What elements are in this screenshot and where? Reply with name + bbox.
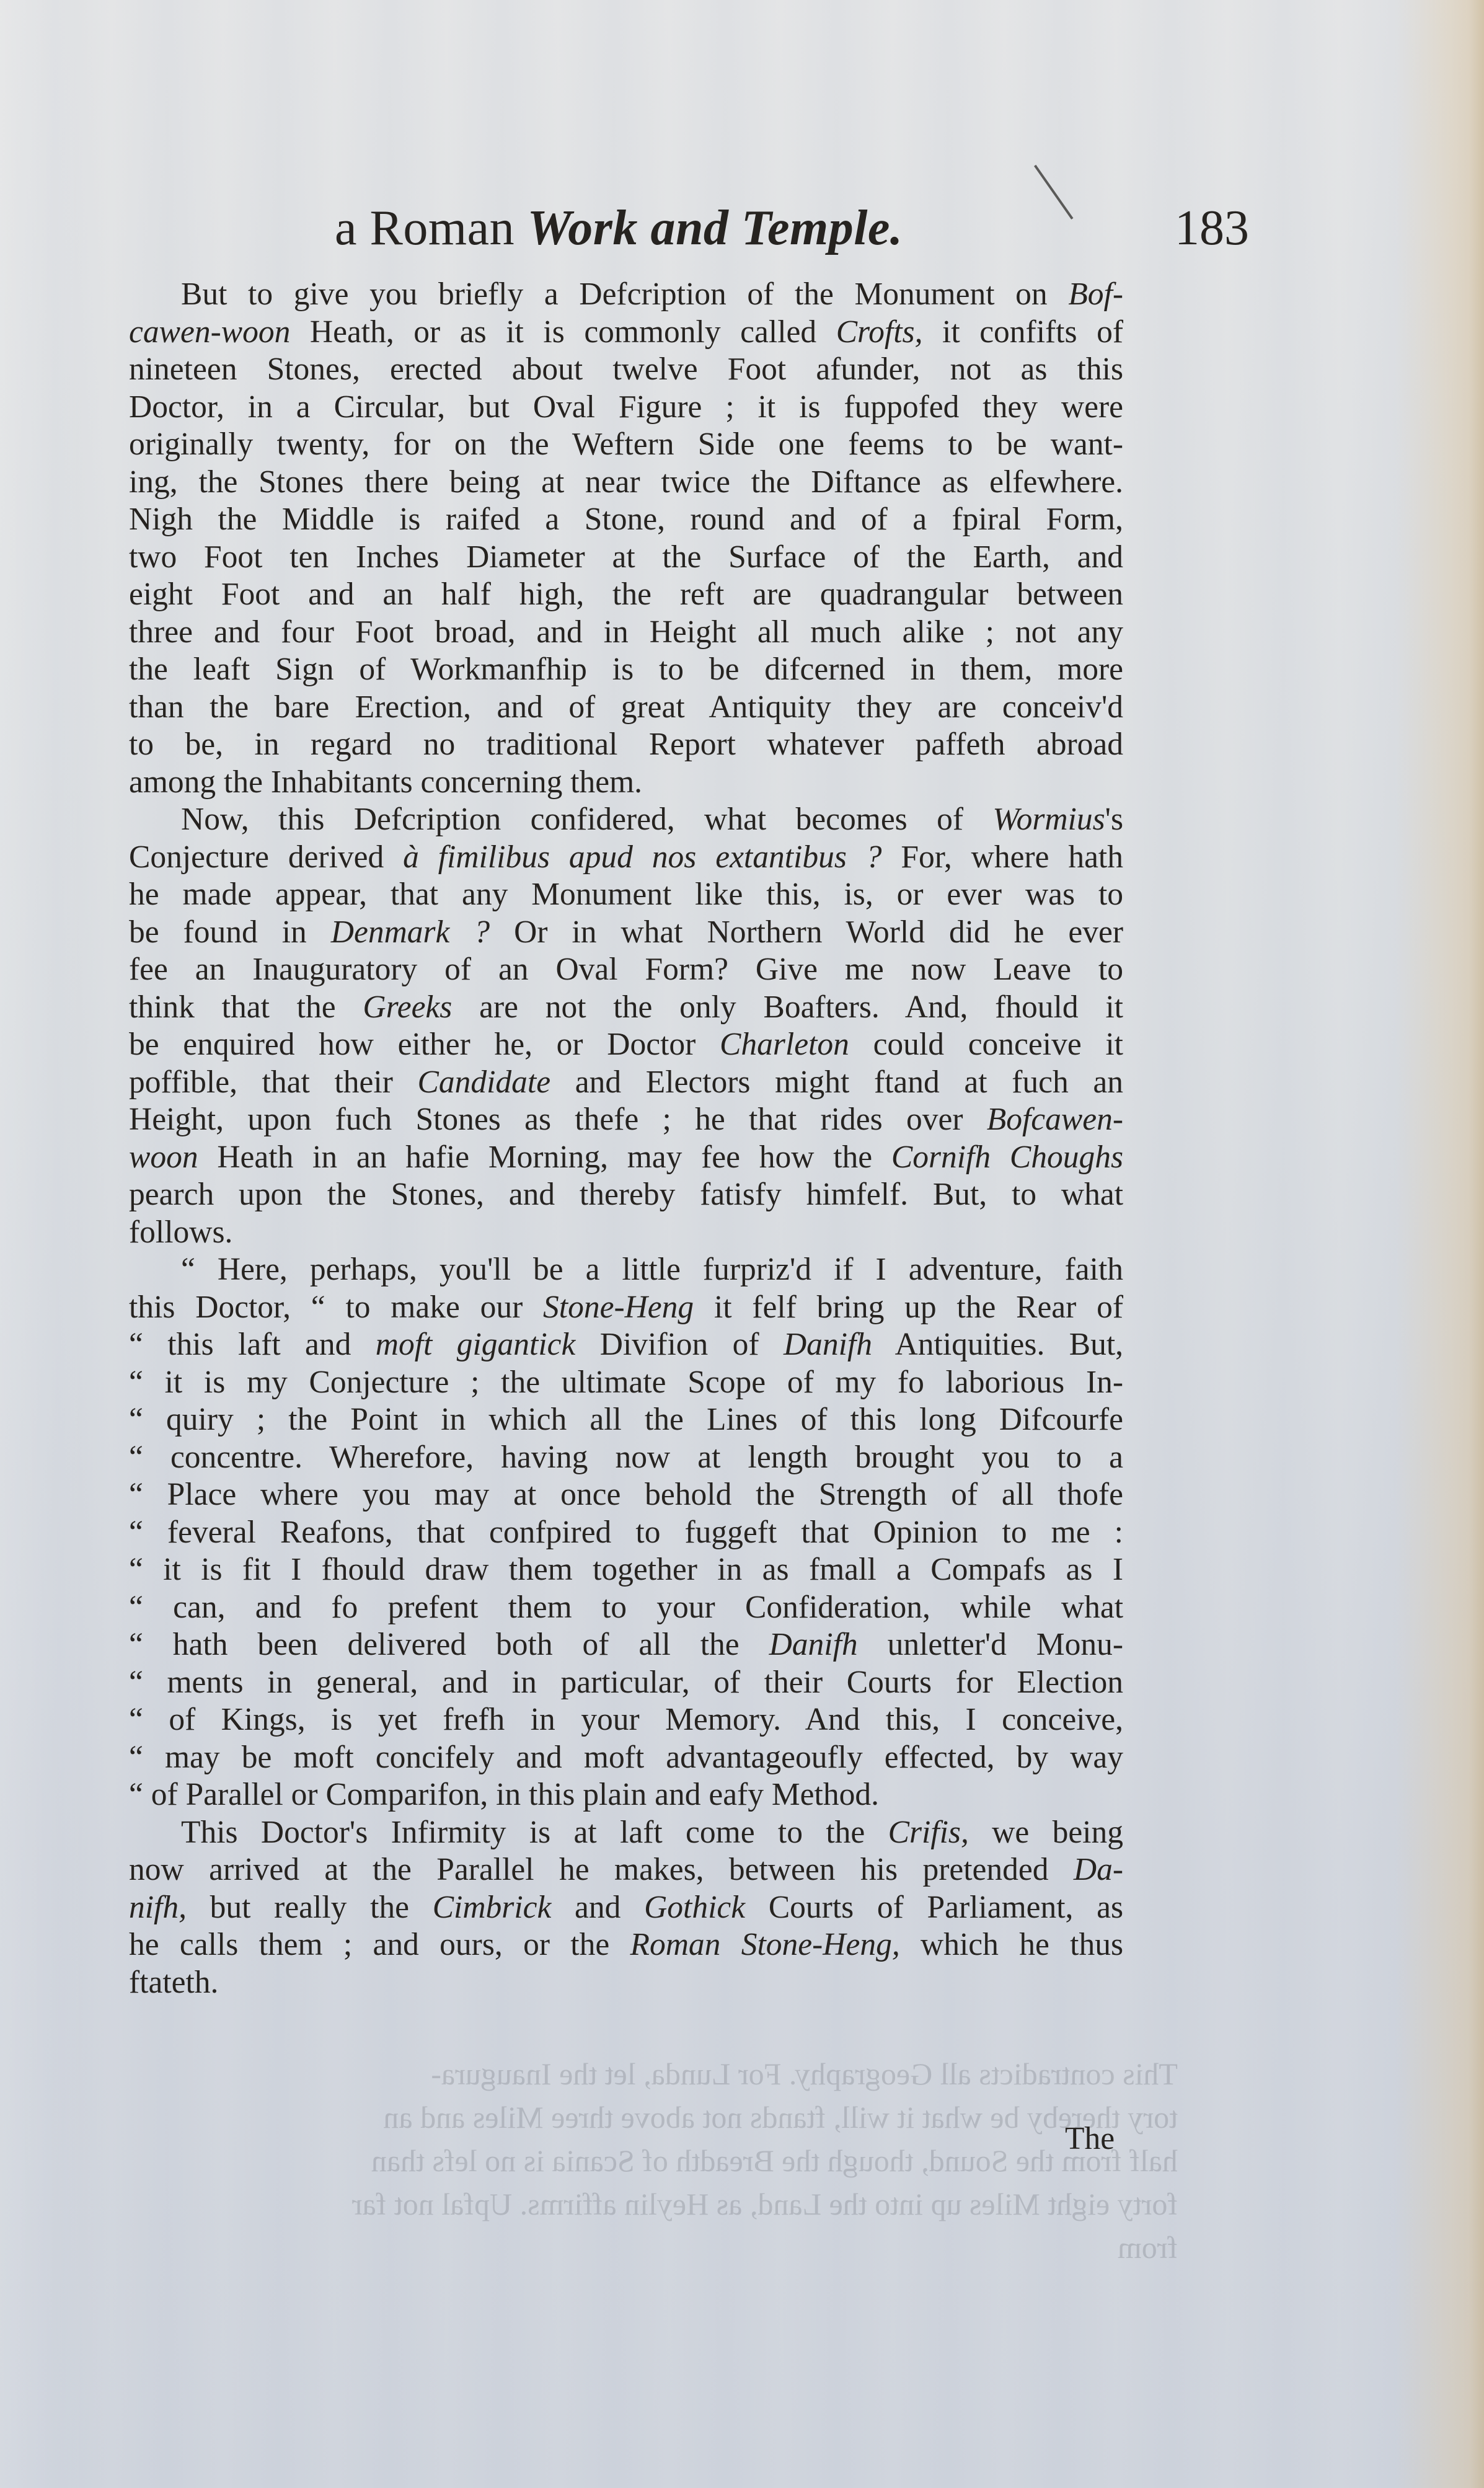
text-line: three and four Foot broad, and in Height…: [129, 614, 1123, 652]
roman-text: he calls them ; and ours, or the: [129, 1927, 630, 1962]
roman-text: which he thus: [900, 1927, 1123, 1962]
roman-text: “ of Kings, is yet frefh in your Memory.…: [129, 1702, 1123, 1737]
roman-text: and Electors might ftand at fuch an: [550, 1065, 1123, 1100]
roman-text: Heath, or as it is commonly called: [290, 314, 836, 350]
running-head-roman: a Roman: [335, 201, 528, 255]
italic-text: Wormius: [992, 802, 1105, 837]
italic-text: Danifh: [784, 1327, 872, 1362]
italic-text: nifh,: [129, 1890, 187, 1925]
italic-text: moft gigantick: [376, 1327, 576, 1362]
text-line: than the bare Erection, and of great Ant…: [129, 689, 1123, 727]
roman-text: and: [551, 1890, 644, 1925]
paper-scratch-mark: [1034, 165, 1074, 219]
text-line: poffible, that their Candidate and Elect…: [129, 1064, 1123, 1102]
roman-text: but really the: [187, 1890, 433, 1925]
roman-text: it confifts of: [922, 314, 1123, 350]
text-line: “ may be moft concifely and moft advanta…: [129, 1739, 1123, 1777]
italic-text: Crifis,: [888, 1815, 969, 1850]
roman-text: “ Place where you may at once behold the…: [129, 1477, 1123, 1512]
book-page: a Roman Work and Temple. 183 This contra…: [0, 0, 1484, 2488]
text-line: “ it is my Conjecture ; the ultimate Sco…: [129, 1364, 1123, 1402]
catchword: The: [1065, 2120, 1115, 2158]
roman-text: “ hath been delivered both of all the: [129, 1627, 769, 1662]
italic-text: Roman Stone-Heng,: [630, 1927, 900, 1962]
text-line: this Doctor, “ to make our Stone-Heng it…: [129, 1289, 1123, 1327]
italic-text: Gothick: [644, 1890, 745, 1925]
page-number: 183: [1175, 197, 1249, 259]
text-line: “ Place where you may at once behold the…: [129, 1476, 1123, 1514]
text-line: Doctor, in a Circular, but Oval Figure ;…: [129, 389, 1123, 427]
text-line: Now, this Defcription confidered, what b…: [129, 801, 1123, 839]
roman-text: unletter'd Monu-: [858, 1627, 1123, 1662]
text-line: cawen-woon Heath, or as it is commonly c…: [129, 314, 1123, 352]
text-line: woon Heath in an hafie Morning, may fee …: [129, 1139, 1123, 1177]
roman-text: This Doctor's Infirmity is at laft come …: [181, 1815, 888, 1850]
italic-text: Charleton: [720, 1027, 849, 1062]
text-line: “ ments in general, and in particular, o…: [129, 1664, 1123, 1702]
text-line: nifh, but really the Cimbrick and Gothic…: [129, 1889, 1123, 1927]
roman-text: “ can, and fo prefent them to your Confi…: [129, 1590, 1123, 1625]
text-line: ing, the Stones there being at near twic…: [129, 464, 1123, 502]
roman-text: But to give you briefly a Defcription of…: [181, 277, 1068, 312]
roman-text: it felf bring up the Rear of: [694, 1290, 1123, 1325]
italic-text: Bofcawen-: [987, 1102, 1123, 1137]
text-line: originally twenty, for on the Weftern Si…: [129, 426, 1123, 464]
roman-text: to be, in regard no traditional Report w…: [129, 727, 1123, 762]
roman-text: “ Here, perhaps, you'll be a little furp…: [181, 1252, 1123, 1287]
text-line: “ of Kings, is yet frefh in your Memory.…: [129, 1701, 1123, 1739]
roman-text: nineteen Stones, erected about twelve Fo…: [129, 352, 1123, 387]
show-through-line: from: [186, 2226, 1178, 2269]
roman-text: be enquired how either he, or Doctor: [129, 1027, 720, 1062]
roman-text: ing, the Stones there being at near twic…: [129, 464, 1123, 500]
roman-text: Conjecture derived: [129, 839, 403, 875]
italic-text: Stone-Heng: [543, 1290, 694, 1325]
roman-text: fee an Inauguratory of an Oval Form? Giv…: [129, 952, 1123, 987]
text-line: follows.: [129, 1214, 1123, 1252]
show-through-text: This contradicts all Geography. For Lund…: [186, 2052, 1178, 2269]
roman-text: “ ments in general, and in particular, o…: [129, 1665, 1123, 1700]
running-head: a Roman Work and Temple.: [335, 197, 955, 259]
text-line: fee an Inauguratory of an Oval Form? Giv…: [129, 951, 1123, 989]
text-line: to be, in regard no traditional Report w…: [129, 726, 1123, 764]
text-line: “ hath been delivered both of all the Da…: [129, 1626, 1123, 1664]
roman-text: For, where hath: [882, 839, 1123, 875]
italic-text: cawen-woon: [129, 314, 290, 350]
roman-text: than the bare Erection, and of great Ant…: [129, 689, 1123, 725]
roman-text: “ it is my Conjecture ; the ultimate Sco…: [129, 1365, 1123, 1400]
text-line: “ concentre. Wherefore, having now at le…: [129, 1439, 1123, 1477]
show-through-line: forty eight Miles up into the Land, as H…: [186, 2182, 1178, 2226]
italic-text: Cornifh Choughs: [891, 1140, 1123, 1175]
roman-text: Heath in an hafie Morning, may fee how t…: [198, 1140, 891, 1175]
italic-text: Greeks: [363, 989, 452, 1025]
text-line: “ it is fit I fhould draw them together …: [129, 1551, 1123, 1589]
roman-text: follows.: [129, 1215, 232, 1250]
roman-text: Divifion of: [575, 1327, 784, 1362]
show-through-line: This contradicts all Geography. For Lund…: [186, 2052, 1178, 2096]
italic-text: Danifh: [769, 1627, 858, 1662]
text-line: “ feveral Reafons, that confpired to fug…: [129, 1514, 1123, 1552]
roman-text: ftateth.: [129, 1965, 218, 2000]
roman-text: we being: [969, 1815, 1123, 1850]
italic-text: Bof-: [1068, 277, 1123, 312]
roman-text: be found in: [129, 914, 331, 950]
text-line: he made appear, that any Monument like t…: [129, 876, 1123, 914]
text-line: the leaft Sign of Workmanfhip is to be d…: [129, 651, 1123, 689]
italic-text: Da-: [1074, 1852, 1123, 1887]
text-line: But to give you briefly a Defcription of…: [129, 276, 1123, 314]
italic-text: Crofts,: [836, 314, 923, 350]
roman-text: now arrived at the Parallel he makes, be…: [129, 1852, 1074, 1887]
text-line: “ of Parallel or Comparifon, in this pla…: [129, 1776, 1123, 1814]
text-line: “ can, and fo prefent them to your Confi…: [129, 1589, 1123, 1627]
show-through-line: tory thereby be what it will, ftands not…: [186, 2096, 1178, 2139]
roman-text: “ may be moft concifely and moft advanta…: [129, 1740, 1123, 1775]
roman-text: originally twenty, for on the Weftern Si…: [129, 427, 1123, 462]
italic-text: à fimilibus apud nos extantibus ?: [403, 839, 881, 875]
roman-text: the leaft Sign of Workmanfhip is to be d…: [129, 652, 1123, 687]
body-text: But to give you briefly a Defcription of…: [129, 276, 1123, 2001]
roman-text: “ concentre. Wherefore, having now at le…: [129, 1440, 1123, 1475]
text-line: among the Inhabitants concerning them.: [129, 764, 1123, 802]
roman-text: “ feveral Reafons, that confpired to fug…: [129, 1515, 1123, 1550]
roman-text: among the Inhabitants concerning them.: [129, 764, 642, 800]
roman-text: Height, upon fuch Stones as thefe ; he t…: [129, 1102, 987, 1137]
show-through-line: half from the Sound, though the Breadth …: [186, 2139, 1178, 2182]
text-line: “ this laft and moft gigantick Divifion …: [129, 1326, 1123, 1364]
roman-text: he made appear, that any Monument like t…: [129, 877, 1123, 912]
roman-text: “ of Parallel or Comparifon, in this pla…: [129, 1777, 879, 1812]
roman-text: are not the only Boafters. And, fhould i…: [452, 989, 1123, 1025]
roman-text: “ this laft and: [129, 1327, 376, 1362]
roman-text: could conceive it: [849, 1027, 1123, 1062]
roman-text: Or in what Northern World did he ever: [490, 914, 1123, 950]
text-line: Conjecture derived à fimilibus apud nos …: [129, 839, 1123, 877]
italic-text: Candidate: [418, 1065, 551, 1100]
text-line: he calls them ; and ours, or the Roman S…: [129, 1926, 1123, 1964]
roman-text: three and four Foot broad, and in Height…: [129, 614, 1123, 650]
text-line: Nigh the Middle is raifed a Stone, round…: [129, 501, 1123, 539]
italic-text: Denmark ?: [331, 914, 490, 950]
text-line: nineteen Stones, erected about twelve Fo…: [129, 351, 1123, 389]
italic-text: Cimbrick: [433, 1890, 552, 1925]
text-line: This Doctor's Infirmity is at laft come …: [129, 1814, 1123, 1852]
text-line: “ Here, perhaps, you'll be a little furp…: [129, 1251, 1123, 1289]
roman-text: think that the: [129, 989, 363, 1025]
text-line: ftateth.: [129, 1964, 1123, 2002]
roman-text: “ quiry ; the Point in which all the Lin…: [129, 1402, 1123, 1437]
roman-text: this Doctor, “ to make our: [129, 1290, 543, 1325]
roman-text: Now, this Defcription confidered, what b…: [181, 802, 992, 837]
text-line: “ quiry ; the Point in which all the Lin…: [129, 1401, 1123, 1439]
roman-text: “ it is fit I fhould draw them together …: [129, 1552, 1123, 1587]
roman-text: two Foot ten Inches Diameter at the Surf…: [129, 539, 1123, 575]
running-head-italic: Work and Temple.: [528, 201, 903, 255]
text-line: now arrived at the Parallel he makes, be…: [129, 1851, 1123, 1889]
roman-text: eight Foot and an half high, the reft ar…: [129, 577, 1123, 612]
italic-text: woon: [129, 1140, 198, 1175]
roman-text: pearch upon the Stones, and thereby fati…: [129, 1177, 1123, 1212]
text-line: Height, upon fuch Stones as thefe ; he t…: [129, 1101, 1123, 1139]
roman-text: Courts of Parliament, as: [745, 1890, 1123, 1925]
text-line: pearch upon the Stones, and thereby fati…: [129, 1176, 1123, 1214]
roman-text: Antiquities. But,: [872, 1327, 1123, 1362]
text-line: be enquired how either he, or Doctor Cha…: [129, 1026, 1123, 1064]
text-line: two Foot ten Inches Diameter at the Surf…: [129, 539, 1123, 577]
roman-text: Nigh the Middle is raifed a Stone, round…: [129, 502, 1123, 537]
text-line: eight Foot and an half high, the reft ar…: [129, 576, 1123, 614]
roman-text: Doctor, in a Circular, but Oval Figure ;…: [129, 389, 1123, 425]
text-line: be found in Denmark ? Or in what Norther…: [129, 914, 1123, 952]
roman-text: 's: [1105, 802, 1123, 837]
text-line: think that the Greeks are not the only B…: [129, 989, 1123, 1027]
roman-text: poffible, that their: [129, 1065, 418, 1100]
